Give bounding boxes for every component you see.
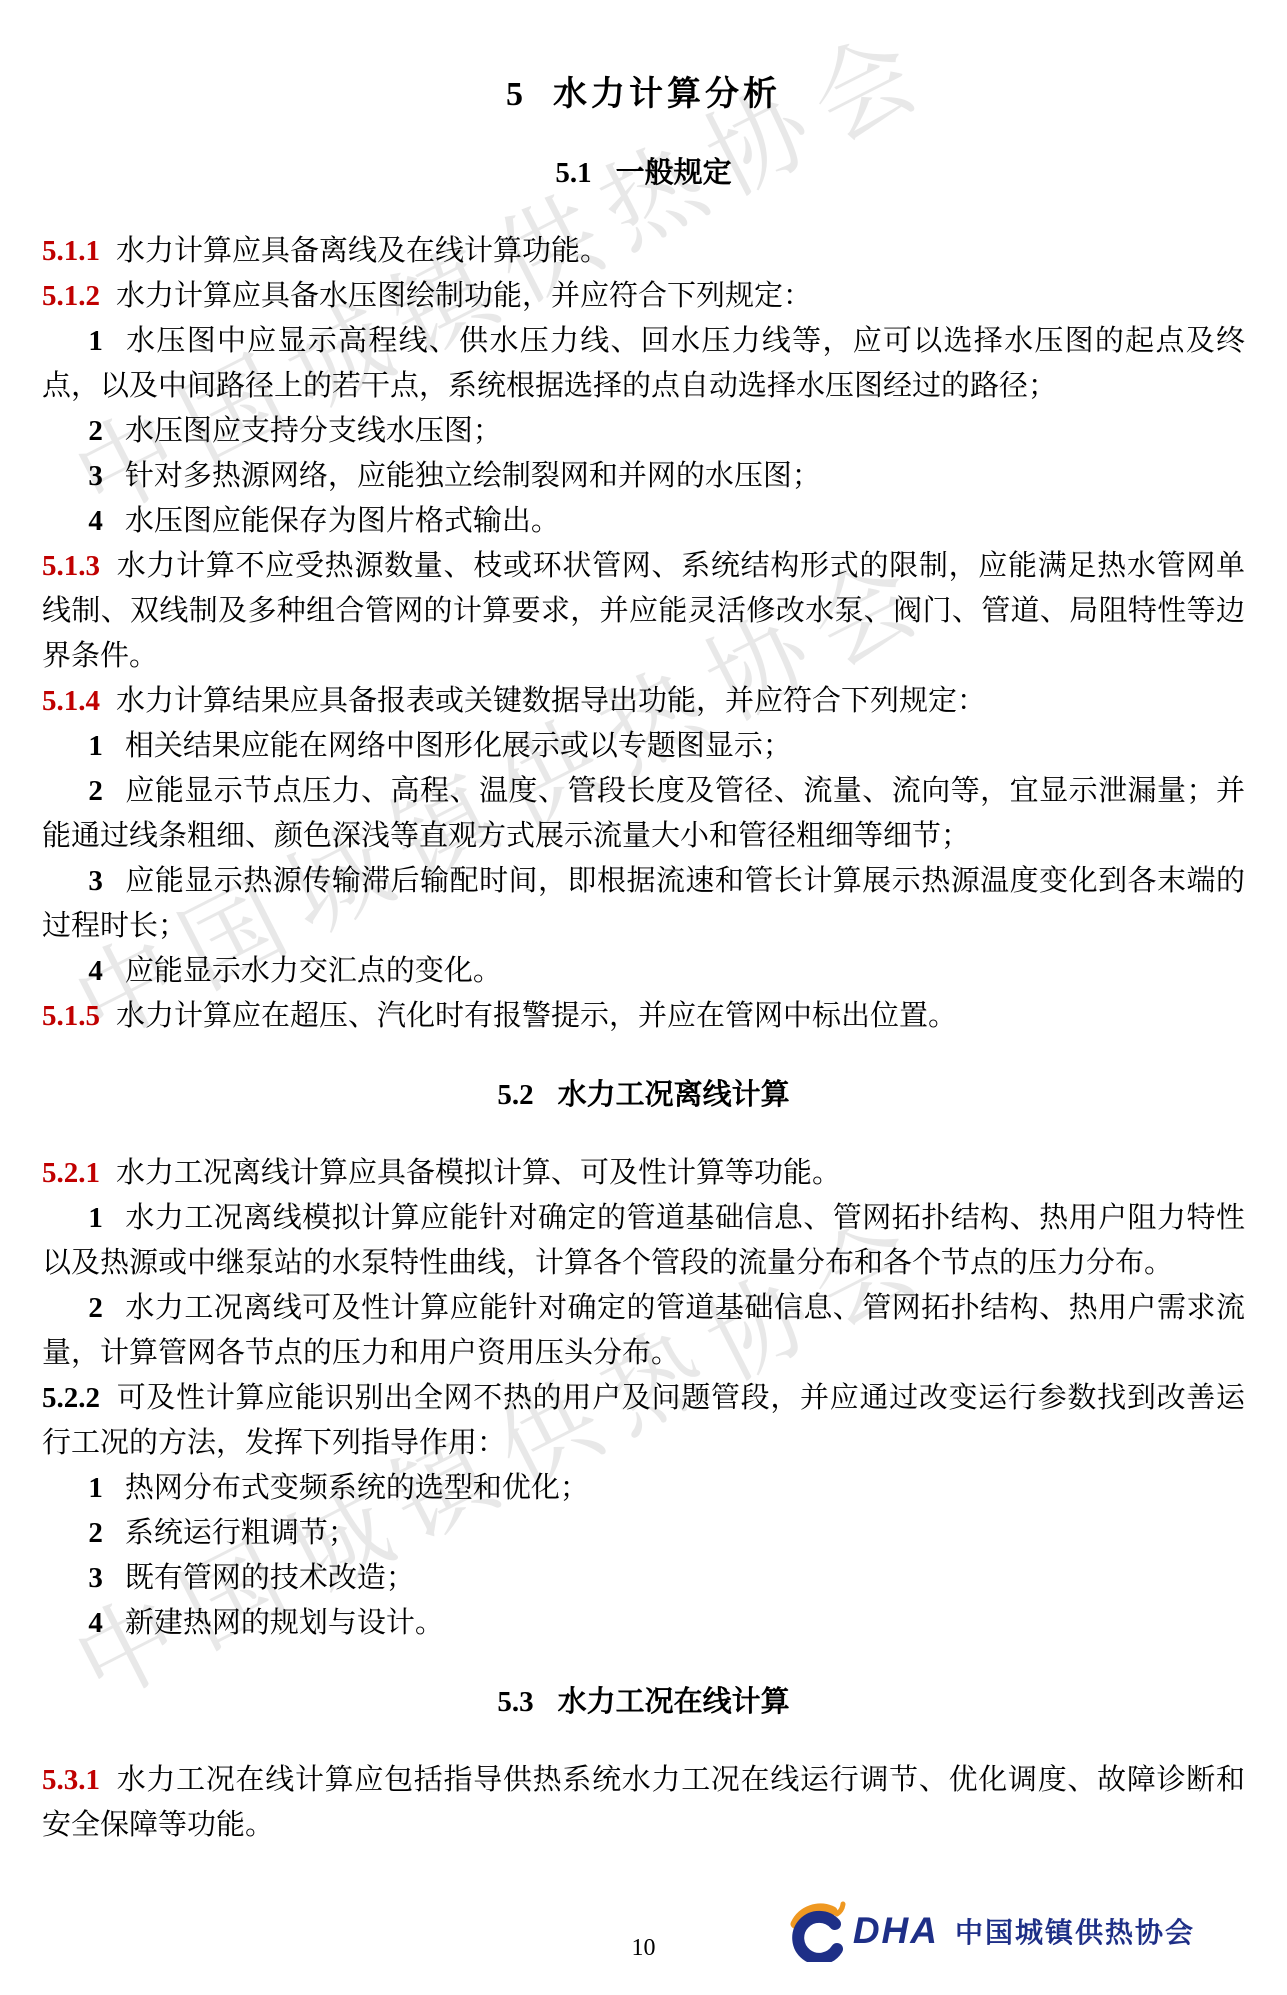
item-number: 3	[88, 865, 103, 897]
document-page: 中国城镇供热协会 中国城镇供热协会 中国城镇供热协会 5水力计算分析 5.1一般…	[0, 0, 1287, 1995]
item-text: 相关结果应能在网络中图形化展示或以专题图显示；	[125, 730, 792, 762]
clause-number: 5.2.2	[42, 1382, 100, 1414]
clause-number: 5.1.2	[42, 280, 100, 312]
section-title-text: 水力工况离线计算	[558, 1079, 790, 1111]
cdha-logo-icon	[777, 1900, 849, 1962]
section-title-text: 水力工况在线计算	[558, 1686, 790, 1718]
item-number: 4	[88, 955, 103, 987]
clause-5-1-1: 5.1.1水力计算应具备离线及在线计算功能。	[42, 229, 1245, 274]
list-item: 4新建热网的规划与设计。	[42, 1601, 1245, 1646]
clause-text: 水力计算应在超压、汽化时有报警提示，并应在管网中标出位置。	[116, 1000, 957, 1032]
list-item: 1热网分布式变频系统的选型和优化；	[42, 1466, 1245, 1511]
item-number: 2	[88, 1292, 103, 1324]
list-item: 1水力工况离线模拟计算应能针对确定的管道基础信息、管网拓扑结构、热用户阻力特性以…	[42, 1196, 1245, 1286]
list-item: 2系统运行粗调节；	[42, 1511, 1245, 1556]
logo-abbr: DHA	[853, 1910, 939, 1952]
clause-number: 5.1.1	[42, 235, 100, 267]
item-number: 2	[88, 415, 103, 447]
item-text: 热网分布式变频系统的选型和优化；	[125, 1472, 589, 1504]
clause-number: 5.3.1	[42, 1764, 100, 1796]
clause-text: 水力计算不应受热源数量、枝或环状管网、系统结构形式的限制，应能满足热水管网单线制…	[42, 550, 1245, 672]
clause-number: 5.1.4	[42, 685, 100, 717]
item-number: 1	[88, 1202, 103, 1234]
list-item: 2应能显示节点压力、高程、温度、管段长度及管径、流量、流向等，宜显示泄漏量；并能…	[42, 769, 1245, 859]
list-item: 3应能显示热源传输滞后输配时间，即根据流速和管长计算展示热源温度变化到各末端的过…	[42, 859, 1245, 949]
logo-name: 中国城镇供热协会	[955, 1911, 1195, 1951]
item-text: 应能显示水力交汇点的变化。	[125, 955, 502, 987]
item-number: 2	[88, 775, 103, 807]
item-text: 应能显示热源传输滞后输配时间，即根据流速和管长计算展示热源温度变化到各末端的过程…	[42, 865, 1245, 942]
item-number: 2	[88, 1517, 103, 1549]
clause-text: 可及性计算应能识别出全网不热的用户及问题管段，并应通过改变运行参数找到改善运行工…	[42, 1382, 1245, 1459]
item-text: 水力工况离线模拟计算应能针对确定的管道基础信息、管网拓扑结构、热用户阻力特性以及…	[42, 1202, 1245, 1279]
list-item: 4水压图应能保存为图片格式输出。	[42, 499, 1245, 544]
item-text: 水压图应支持分支线水压图；	[125, 415, 502, 447]
clause-text: 水力工况在线计算应包括指导供热系统水力工况在线运行调节、优化调度、故障诊断和安全…	[42, 1764, 1245, 1841]
item-text: 水力工况离线可及性计算应能针对确定的管道基础信息、管网拓扑结构、热用户需求流量，…	[42, 1292, 1245, 1369]
section-title-text: 一般规定	[616, 157, 732, 189]
section-number: 5.1	[555, 157, 591, 189]
clause-5-1-5: 5.1.5水力计算应在超压、汽化时有报警提示，并应在管网中标出位置。	[42, 994, 1245, 1039]
item-number: 1	[88, 730, 103, 762]
item-number: 1	[88, 1472, 103, 1504]
clause-5-2-2: 5.2.2可及性计算应能识别出全网不热的用户及问题管段，并应通过改变运行参数找到…	[42, 1376, 1245, 1466]
item-text: 既有管网的技术改造；	[125, 1562, 415, 1594]
clause-5-2-1: 5.2.1水力工况离线计算应具备模拟计算、可及性计算等功能。	[42, 1151, 1245, 1196]
item-number: 1	[88, 325, 103, 357]
item-number: 4	[88, 1607, 103, 1639]
association-logo: DHA 中国城镇供热协会	[777, 1900, 1195, 1962]
list-item: 3针对多热源网络，应能独立绘制裂网和并网的水压图；	[42, 454, 1245, 499]
item-number: 3	[88, 1562, 103, 1594]
clause-5-3-1: 5.3.1水力工况在线计算应包括指导供热系统水力工况在线运行调节、优化调度、故障…	[42, 1758, 1245, 1848]
item-text: 应能显示节点压力、高程、温度、管段长度及管径、流量、流向等，宜显示泄漏量；并能通…	[42, 775, 1245, 852]
section-number: 5.3	[497, 1686, 533, 1718]
item-text: 针对多热源网络，应能独立绘制裂网和并网的水压图；	[125, 460, 821, 492]
chapter-title: 5水力计算分析	[42, 72, 1245, 117]
clause-text: 水力计算应具备离线及在线计算功能。	[116, 235, 609, 267]
item-number: 4	[88, 505, 103, 537]
chapter-number: 5	[506, 76, 523, 113]
clause-text: 水力工况离线计算应具备模拟计算、可及性计算等功能。	[116, 1157, 841, 1189]
list-item: 2水力工况离线可及性计算应能针对确定的管道基础信息、管网拓扑结构、热用户需求流量…	[42, 1286, 1245, 1376]
list-item: 4应能显示水力交汇点的变化。	[42, 949, 1245, 994]
item-text: 新建热网的规划与设计。	[125, 1607, 444, 1639]
clause-number: 5.1.5	[42, 1000, 100, 1032]
chapter-title-text: 水力计算分析	[553, 76, 781, 113]
section-number: 5.2	[497, 1079, 533, 1111]
document-content: 5水力计算分析 5.1一般规定 5.1.1水力计算应具备离线及在线计算功能。 5…	[42, 0, 1245, 1848]
item-text: 系统运行粗调节；	[125, 1517, 357, 1549]
item-number: 3	[88, 460, 103, 492]
clause-text: 水力计算应具备水压图绘制功能，并应符合下列规定：	[116, 280, 812, 312]
item-text: 水压图中应显示高程线、供水压力线、回水压力线等，应可以选择水压图的起点及终点，以…	[42, 325, 1245, 402]
list-item: 1相关结果应能在网络中图形化展示或以专题图显示；	[42, 724, 1245, 769]
list-item: 3既有管网的技术改造；	[42, 1556, 1245, 1601]
section-heading-5-2: 5.2水力工况离线计算	[42, 1073, 1245, 1118]
clause-5-1-4: 5.1.4水力计算结果应具备报表或关键数据导出功能，并应符合下列规定：	[42, 679, 1245, 724]
clause-5-1-2: 5.1.2水力计算应具备水压图绘制功能，并应符合下列规定：	[42, 274, 1245, 319]
clause-5-1-3: 5.1.3水力计算不应受热源数量、枝或环状管网、系统结构形式的限制，应能满足热水…	[42, 544, 1245, 679]
section-heading-5-1: 5.1一般规定	[42, 151, 1245, 196]
clause-text: 水力计算结果应具备报表或关键数据导出功能，并应符合下列规定：	[116, 685, 986, 717]
list-item: 2水压图应支持分支线水压图；	[42, 409, 1245, 454]
clause-number: 5.2.1	[42, 1157, 100, 1189]
item-text: 水压图应能保存为图片格式输出。	[125, 505, 560, 537]
section-heading-5-3: 5.3水力工况在线计算	[42, 1680, 1245, 1725]
list-item: 1水压图中应显示高程线、供水压力线、回水压力线等，应可以选择水压图的起点及终点，…	[42, 319, 1245, 409]
clause-number: 5.1.3	[42, 550, 100, 582]
